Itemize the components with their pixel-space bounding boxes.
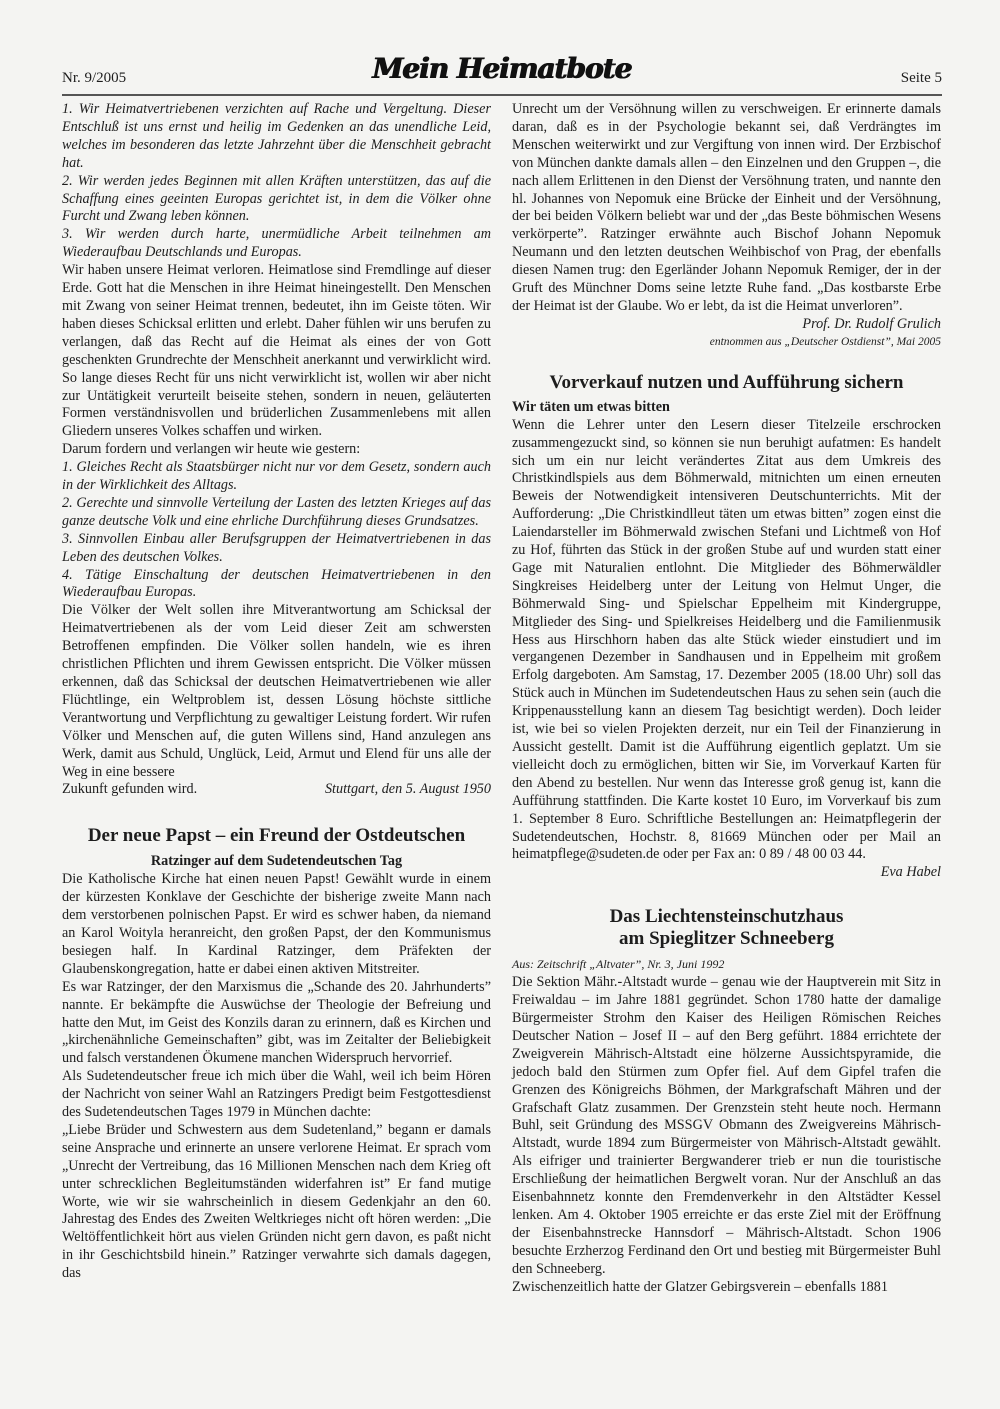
- article-paragraph: Die Sektion Mähr.-Altstadt wurde – genau…: [512, 974, 941, 1278]
- left-column: 1. Wir Heimatvertriebenen verzichten auf…: [62, 101, 491, 1283]
- article-paragraph: Zwischenzeitlich hatte der Glatzer Gebir…: [512, 1279, 941, 1297]
- page-header: Nr. 9/2005 Mein Heimatbote Seite 5: [62, 62, 942, 98]
- charter-paragraph: Wir haben unsere Heimat verloren. Heimat…: [62, 262, 491, 441]
- article-paragraph: „Liebe Brüder und Schwestern aus dem Sud…: [62, 1122, 491, 1283]
- charter-demand: 4. Tätige Einschaltung der deutschen Hei…: [62, 567, 491, 603]
- charter-closing-line: Zukunft gefunden wird. Stuttgart, den 5.…: [62, 781, 491, 799]
- charter-point: 1. Wir Heimatvertriebenen verzichten auf…: [62, 101, 491, 173]
- right-column: Unrecht um der Versöhnung willen zu vers…: [512, 101, 941, 1296]
- article-author: Eva Habel: [512, 864, 941, 882]
- charter-point: 2. Wir werden jedes Beginnen mit allen K…: [62, 173, 491, 227]
- article-subtitle-vorverkauf: Wir täten um etwas bitten: [512, 399, 941, 417]
- article-source: Aus: Zeitschrift „Altvater”, Nr. 3, Juni…: [512, 956, 941, 974]
- charter-demand: 1. Gleiches Recht als Staatsbürger nicht…: [62, 459, 491, 495]
- article-title-vorverkauf: Vorverkauf nutzen und Aufführung sichern: [512, 372, 941, 394]
- charter-signoff: Stuttgart, den 5. August 1950: [325, 781, 491, 799]
- issue-number: Nr. 9/2005: [62, 70, 126, 87]
- article-paragraph: Wenn die Lehrer unter den Lesern dieser …: [512, 417, 941, 865]
- charter-paragraph: Darum fordern und verlangen wir heute wi…: [62, 441, 491, 459]
- charter-paragraph: Die Völker der Welt sollen ihre Mitveran…: [62, 602, 491, 781]
- header-divider: [62, 94, 942, 96]
- charter-closing-text: Zukunft gefunden wird.: [62, 781, 197, 799]
- newspaper-masthead: Mein Heimatbote: [372, 52, 631, 85]
- article-paragraph: Es war Ratzinger, der den Marxismus die …: [62, 979, 491, 1069]
- article-title-schutzhaus-line2: am Spieglitzer Schneeberg: [512, 928, 941, 950]
- article-title-papst: Der neue Papst – ein Freund der Ostdeuts…: [62, 825, 491, 847]
- article-paragraph: Als Sudetendeutscher freue ich mich über…: [62, 1068, 491, 1122]
- page-number: Seite 5: [901, 70, 942, 87]
- article-source: entnommen aus „Deutscher Ostdienst”, Mai…: [512, 334, 941, 350]
- article-paragraph: Die Katholische Kirche hat einen neuen P…: [62, 871, 491, 978]
- article-title-schutzhaus-line1: Das Liechtensteinschutzhaus: [512, 906, 941, 928]
- article-subtitle-papst: Ratzinger auf dem Sudetendeutschen Tag: [62, 853, 491, 871]
- article-paragraph: Unrecht um der Versöhnung willen zu vers…: [512, 101, 941, 316]
- article-author: Prof. Dr. Rudolf Grulich: [512, 316, 941, 334]
- charter-demand: 3. Sinnvollen Einbau aller Berufsgruppen…: [62, 531, 491, 567]
- charter-demand: 2. Gerechte und sinnvolle Verteilung der…: [62, 495, 491, 531]
- charter-point: 3. Wir werden durch harte, unermüdliche …: [62, 226, 491, 262]
